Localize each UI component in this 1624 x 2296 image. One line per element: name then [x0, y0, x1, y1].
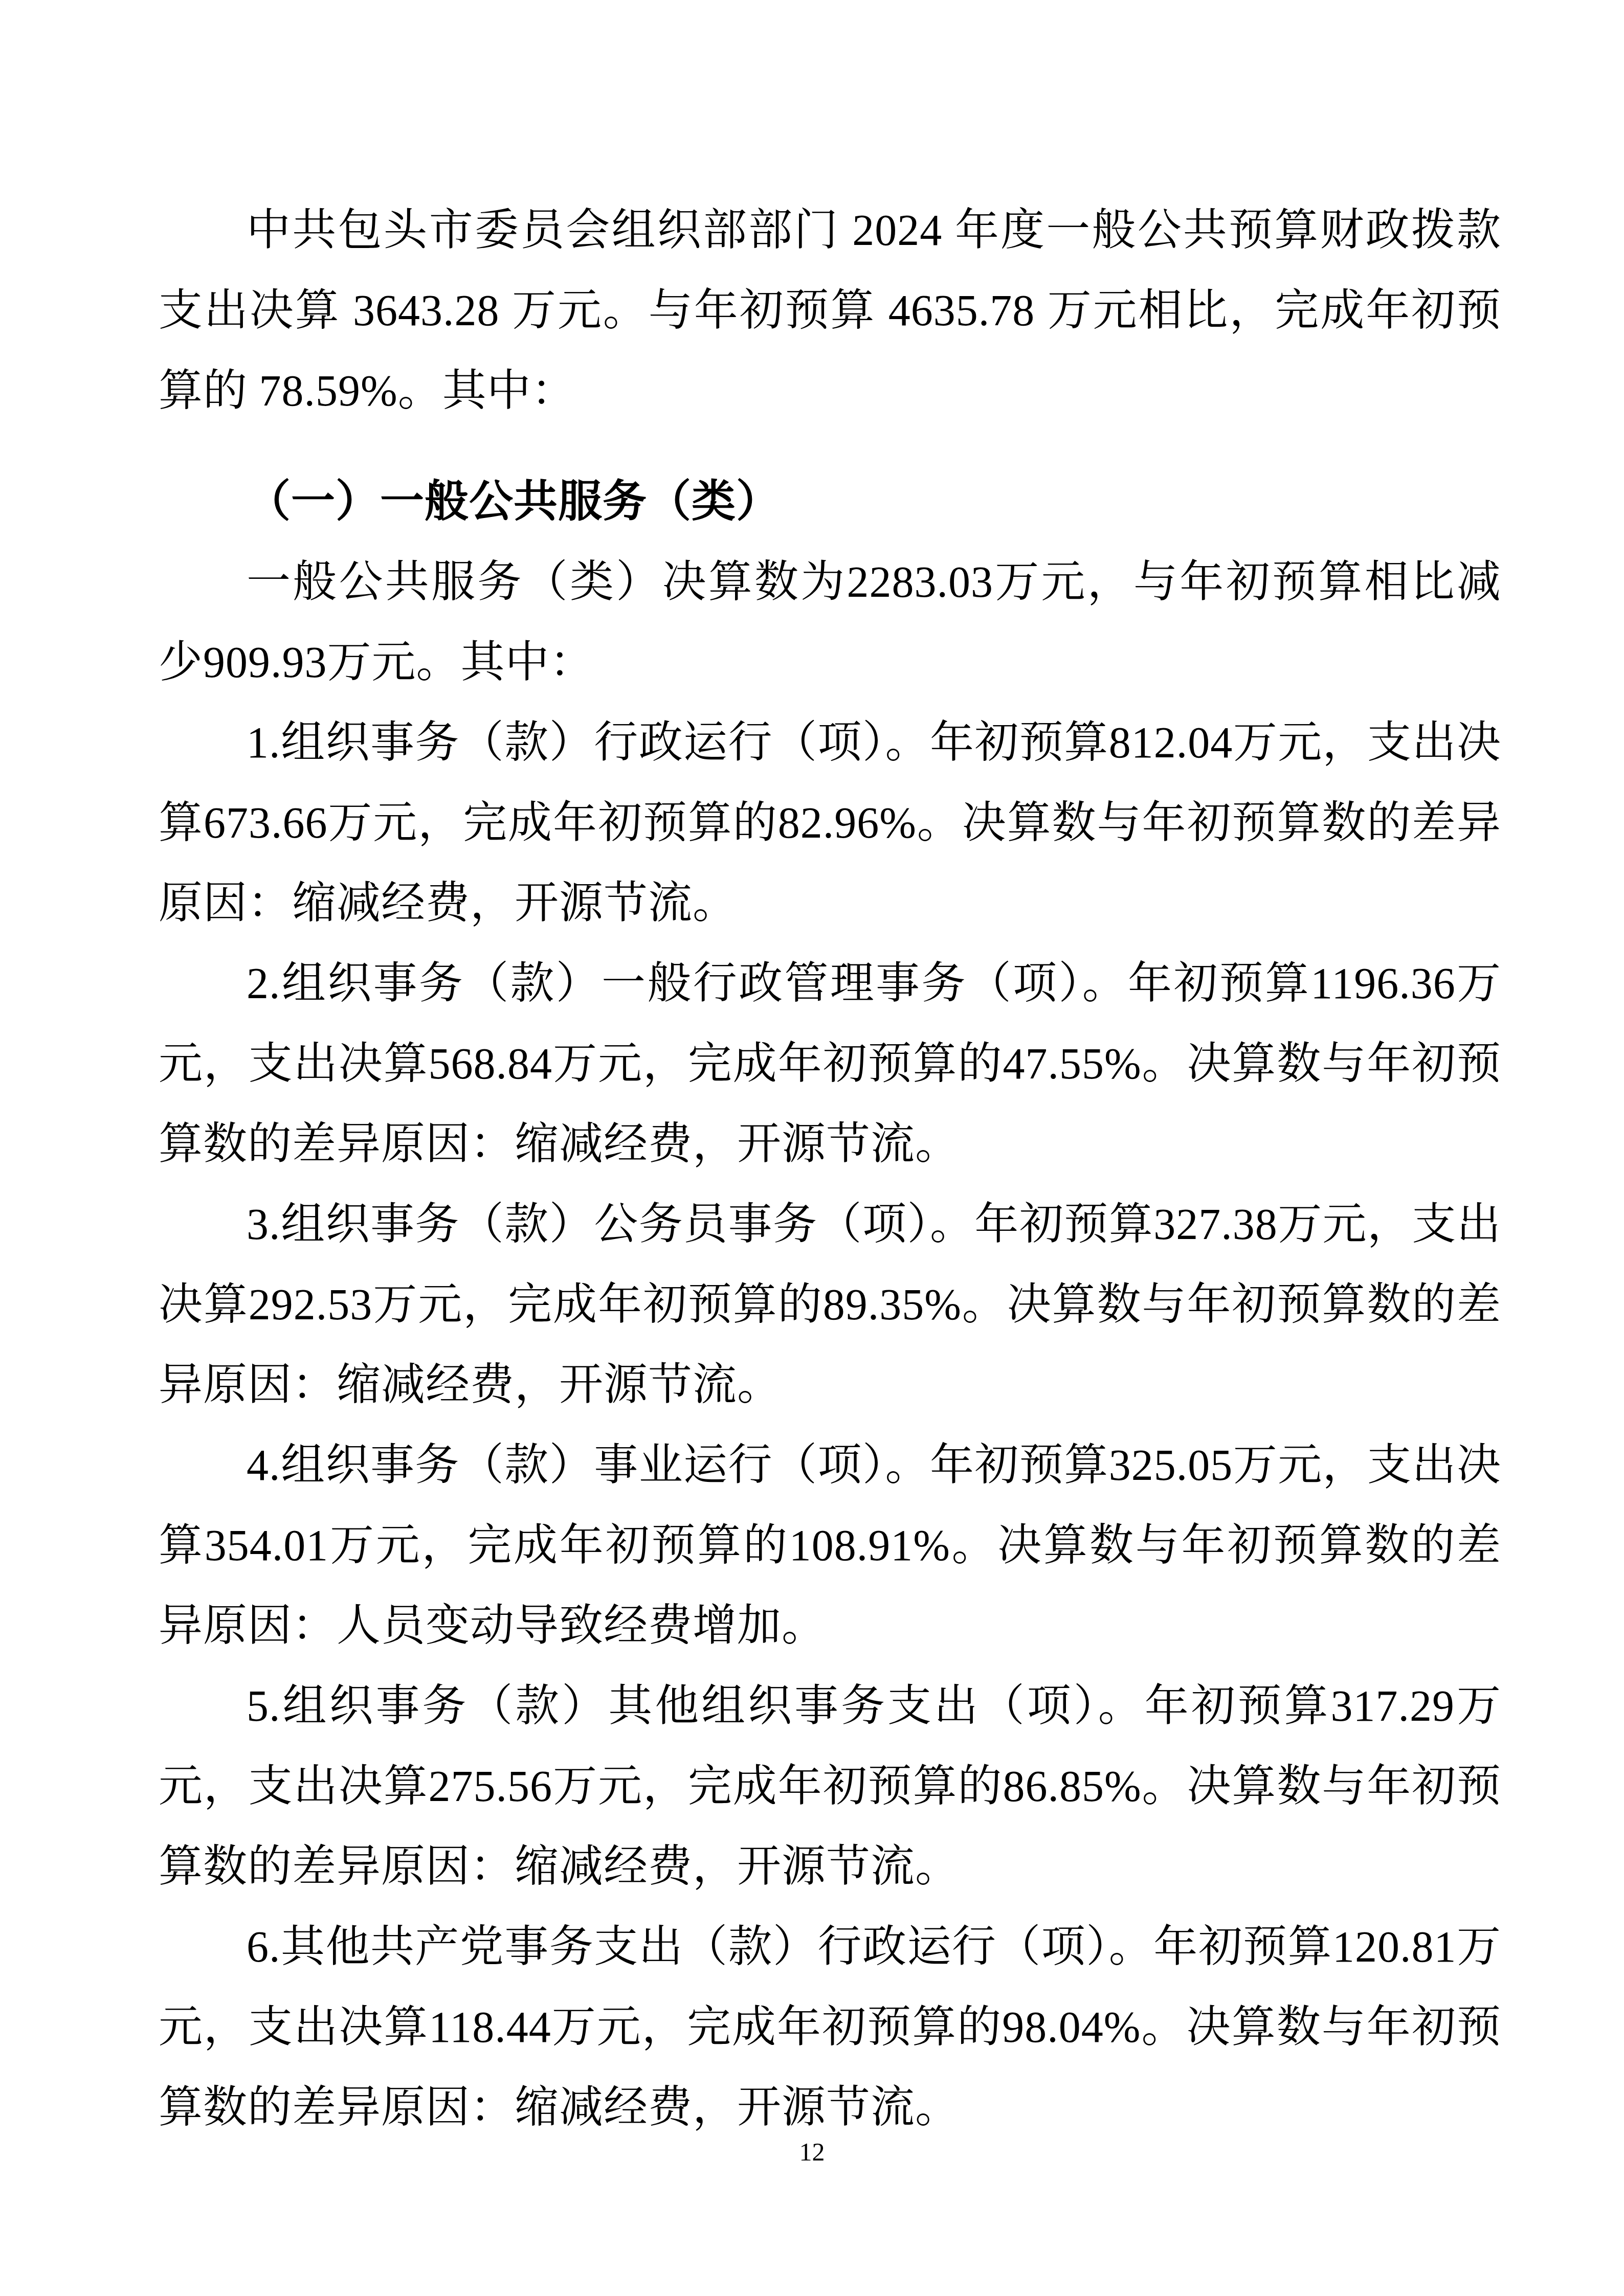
- budget-item-2: 2.组织事务（款）一般行政管理事务（项）。年初预算1196.36万元，支出决算5…: [159, 943, 1501, 1184]
- budget-item-1: 1.组织事务（款）行政运行（项）。年初预算812.04万元，支出决算673.66…: [159, 703, 1501, 943]
- page-number: 12: [0, 2136, 1624, 2167]
- intro-paragraph: 中共包头市委员会组织部部门 2024 年度一般公共预算财政拨款支出决算 3643…: [159, 190, 1501, 431]
- document-body: 中共包头市委员会组织部部门 2024 年度一般公共预算财政拨款支出决算 3643…: [159, 190, 1501, 2148]
- budget-item-4: 4.组织事务（款）事业运行（项）。年初预算325.05万元，支出决算354.01…: [159, 1425, 1501, 1666]
- budget-item-3: 3.组织事务（款）公务员事务（项）。年初预算327.38万元，支出决算292.5…: [159, 1184, 1501, 1425]
- budget-item-6: 6.其他共产党事务支出（款）行政运行（项）。年初预算120.81万元，支出决算1…: [159, 1907, 1501, 2148]
- budget-item-5: 5.组织事务（款）其他组织事务支出（项）。年初预算317.29万元，支出决算27…: [159, 1666, 1501, 1907]
- section-summary-paragraph: 一般公共服务（类）决算数为2283.03万元，与年初预算相比减少909.93万元…: [159, 542, 1501, 703]
- document-page: 中共包头市委员会组织部部门 2024 年度一般公共预算财政拨款支出决算 3643…: [0, 0, 1624, 2296]
- section-heading: （一）一般公共服务（类）: [159, 462, 1501, 542]
